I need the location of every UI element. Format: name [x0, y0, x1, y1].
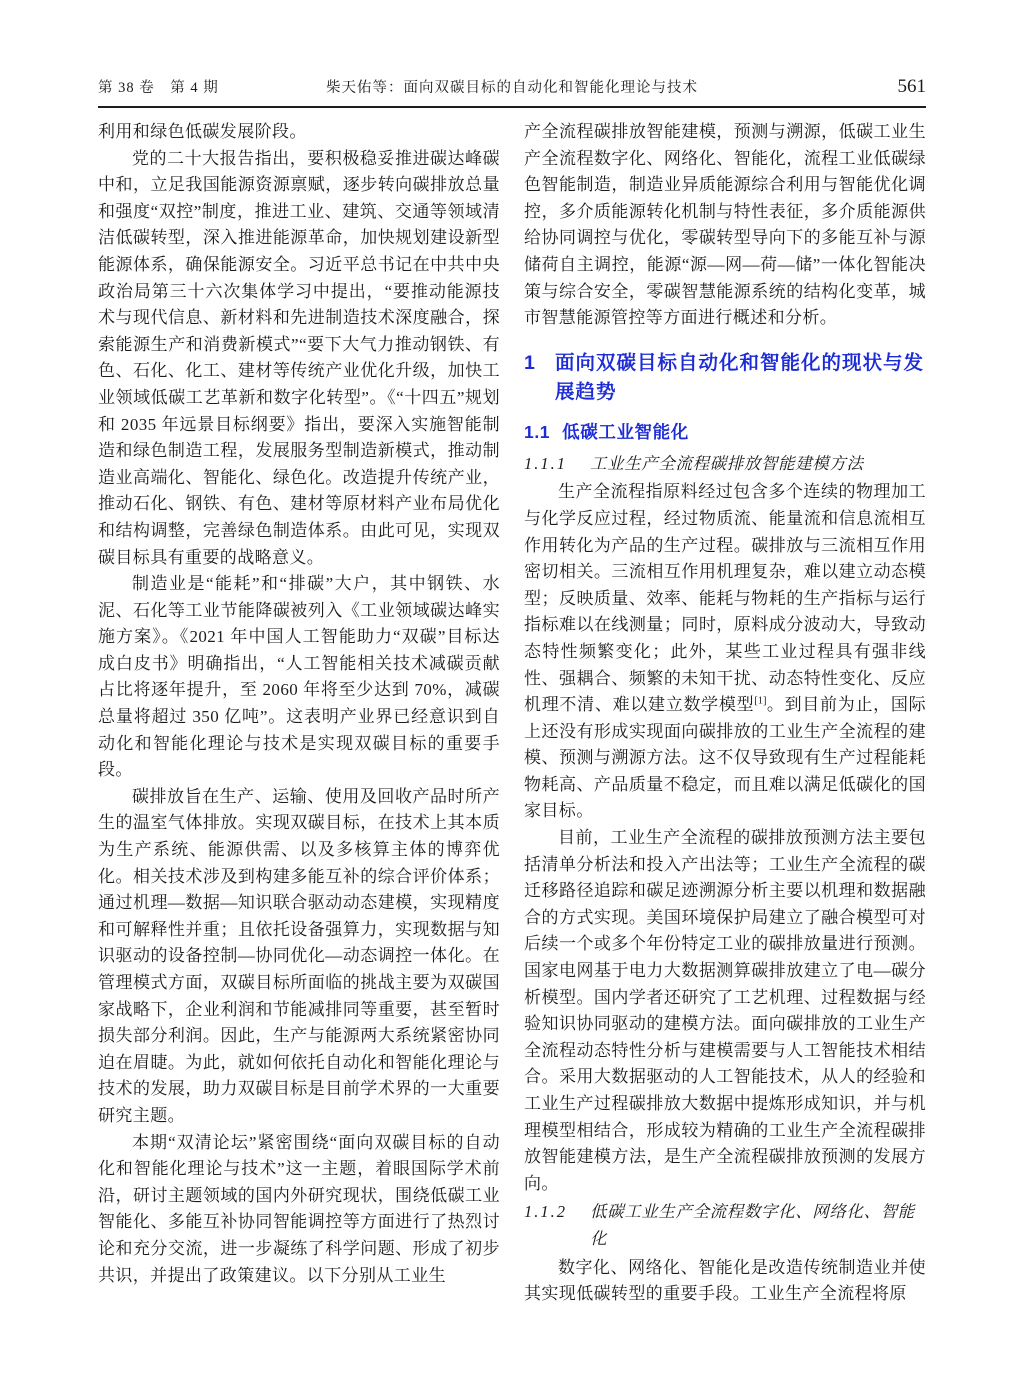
section-number: 1.1.1 — [524, 451, 590, 478]
section-number: 1.1 — [524, 422, 550, 442]
journal-page: 第 38 卷 第 4 期 柴天佑等：面向双碳目标的自动化和智能化理论与技术 56… — [0, 0, 1020, 1375]
body-paragraph: 目前，工业生产全流程的碳排放预测方法主要包括清单分析法和投入产出法等；工业生产全… — [524, 825, 926, 1197]
page-number: 561 — [736, 76, 926, 98]
left-column: 利用和绿色低碳发展阶段。 党的二十大报告指出，要积极稳妥推进碳达峰碳中和，立足我… — [98, 119, 500, 1308]
paragraph-text: 生产全流程指原料经过包含多个连续的物理加工与化学反应过程，经过物质流、能量流和信… — [524, 482, 926, 714]
section-heading-1: 1面向双碳目标自动化和智能化的现状与发展趋势 — [524, 349, 926, 407]
section-heading-1-1-2: 1.1.2低碳工业生产全流程数字化、网络化、智能化 — [524, 1199, 926, 1252]
section-title: 面向双碳目标自动化和智能化的现状与发展趋势 — [555, 352, 924, 403]
body-paragraph: 生产全流程指原料经过包含多个连续的物理加工与化学反应过程，经过物质流、能量流和信… — [524, 479, 926, 825]
section-heading-1-1-1: 1.1.1工业生产全流程碳排放智能建模方法 — [524, 451, 926, 478]
right-column: 产全流程碳排放智能建模，预测与溯源，低碳工业生产全流程数字化、网络化、智能化，流… — [524, 119, 926, 1308]
section-title: 低碳工业智能化 — [562, 422, 689, 442]
running-head: 第 38 卷 第 4 期 柴天佑等：面向双碳目标的自动化和智能化理论与技术 56… — [98, 76, 926, 98]
volume-issue-label: 第 38 卷 第 4 期 — [98, 76, 288, 97]
running-title: 柴天佑等：面向双碳目标的自动化和智能化理论与技术 — [288, 76, 736, 97]
section-number: 1 — [524, 349, 555, 378]
body-paragraph: 本期“双清论坛”紧密围绕“面向双碳目标的自动化和智能化理论与技术”这一主题，着眼… — [98, 1130, 500, 1290]
body-paragraph: 党的二十大报告指出，要积极稳妥推进碳达峰碳中和，立足我国能源资源禀赋，逐步转向碳… — [98, 146, 500, 572]
body-paragraph: 碳排放旨在生产、运输、使用及回收产品时所产生的温室气体排放。实现双碳目标，在技术… — [98, 784, 500, 1130]
citation-marker: [1] — [754, 695, 766, 706]
article-body: 利用和绿色低碳发展阶段。 党的二十大报告指出，要积极稳妥推进碳达峰碳中和，立足我… — [98, 119, 926, 1308]
body-paragraph: 数字化、网络化、智能化是改造传统制造业并使其实现低碳转型的重要手段。工业生产全流… — [524, 1255, 926, 1308]
section-title: 工业生产全流程碳排放智能建模方法 — [590, 454, 864, 473]
header-rule — [98, 106, 926, 108]
body-paragraph: 制造业是“能耗”和“排碳”大户，其中钢铁、水泥、石化等工业节能降碳被列入《工业领… — [98, 571, 500, 784]
section-title: 低碳工业生产全流程数字化、网络化、智能化 — [590, 1202, 915, 1248]
body-paragraph: 产全流程碳排放智能建模，预测与溯源，低碳工业生产全流程数字化、网络化、智能化，流… — [524, 119, 926, 332]
section-heading-1-1: 1.1低碳工业智能化 — [524, 420, 926, 444]
section-number: 1.1.2 — [524, 1199, 590, 1226]
body-paragraph: 利用和绿色低碳发展阶段。 — [98, 119, 500, 146]
